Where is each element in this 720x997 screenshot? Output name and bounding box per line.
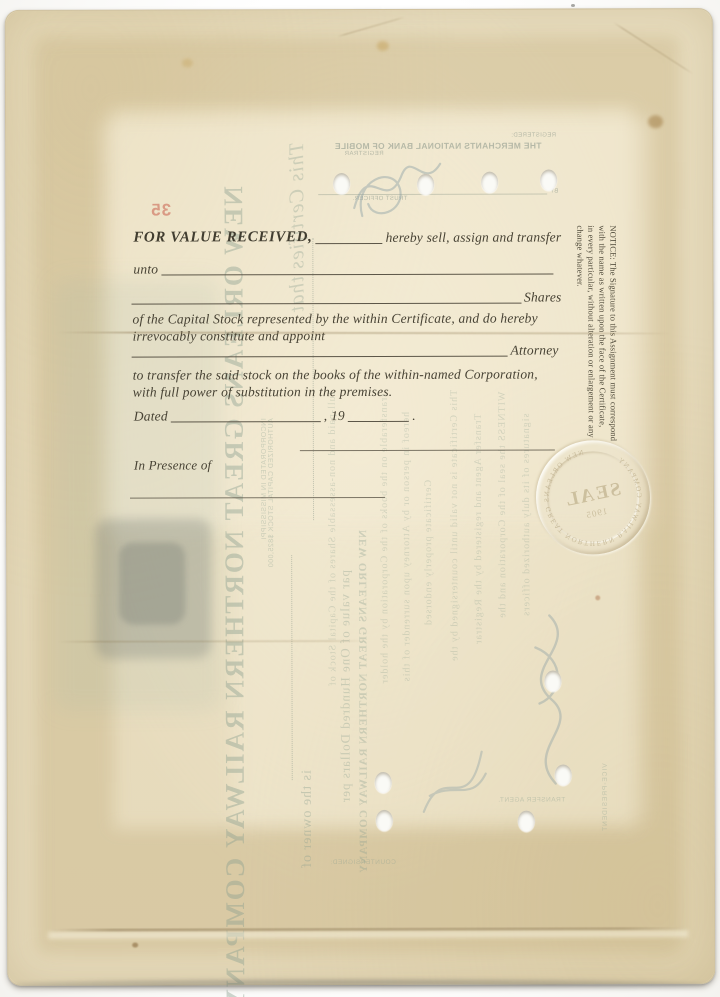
- railway-small-ghost: NEW ORLEANS GREAT NORTHERN RAILWAY COMPA…: [357, 530, 370, 874]
- countersigned-ghost: COUNTERSIGNED:: [330, 859, 396, 866]
- for-value-received-row: FOR VALUE RECEIVED, hereby sell, assign …: [133, 228, 561, 246]
- unto-label: unto: [133, 262, 158, 278]
- certificate-paper-sheet: REGISTERED: THE MERCHANTS NATIONAL BANK …: [5, 8, 716, 986]
- punch-hole: [481, 172, 498, 193]
- punch-hole: [376, 810, 393, 831]
- ghost-signature-right: [505, 607, 595, 797]
- seal-text-svg: NEW ORLEANS GREAT NORTHERN RAILWAY COMPA…: [525, 430, 660, 565]
- seal-year: 1905: [585, 506, 609, 520]
- unto-blank-line: [161, 273, 553, 275]
- capital-stock-line1: of the Capital Stock represented by the …: [133, 311, 538, 328]
- punch-hole: [417, 174, 434, 195]
- capital-stock-line2: irrevocably constitute and appoint: [133, 328, 326, 345]
- seal-center-word: SEAL: [562, 479, 623, 512]
- attorney-label: Attorney: [511, 342, 559, 358]
- transferable-ghost: transferable on the books of the Corpora…: [379, 394, 391, 684]
- transfer-line1: to transfer the said stock on the books …: [133, 367, 538, 384]
- dated-label: Dated: [134, 409, 168, 425]
- shares-row: Shares: [128, 289, 561, 306]
- front-vignette-ghost-core: [119, 542, 185, 624]
- scan-shadow: [14, 980, 706, 990]
- not-valid-ghost: This Certificate is not valid until coun…: [449, 390, 461, 662]
- punch-hole: [540, 169, 557, 190]
- ghost-signature-top: [342, 146, 452, 236]
- punch-hole: [544, 670, 561, 691]
- embossed-corporate-seal: NEW ORLEANS GREAT NORTHERN RAILWAY COMPA…: [536, 440, 650, 554]
- authorized-capital-line: AUTHORIZED CAPITAL STOCK $825,000: [268, 418, 275, 567]
- witness-ghost: WITNESS the seal of the Corporation and …: [497, 392, 509, 619]
- year-blank-line: [348, 421, 409, 422]
- endorsed-ghost: Certificate properly endorsed: [423, 480, 434, 626]
- dated-period: .: [412, 408, 416, 424]
- punch-hole: [333, 173, 350, 194]
- attorney-row: Attorney: [129, 342, 559, 359]
- transfer-agent-reg-ghost: Transfer Agent and registered by the Reg…: [473, 414, 485, 645]
- vice-president-ghost: VICE-PRESIDENT: [602, 763, 609, 832]
- scanned-certificate-back: { "assignment": { "for_value_received": …: [0, 0, 720, 997]
- dated-row: Dated , 19 .: [134, 408, 416, 425]
- hereby-sell-text: hereby sell, assign and transfer: [386, 229, 562, 245]
- unto-row: unto: [133, 260, 556, 277]
- signatures-ghost: signatures of its duly authorized office…: [521, 414, 533, 617]
- assignor-blank-line: [315, 243, 382, 244]
- in-presence-of-label: In Presence of: [134, 457, 211, 473]
- shares-blank-line: [131, 303, 521, 305]
- wrinkle-line: [337, 16, 405, 37]
- ghost-signature-mid: [416, 738, 496, 833]
- this-certifies-ghost: This Certifies that: [284, 142, 309, 313]
- scan-speck: [571, 4, 575, 7]
- registered-ghost-label: REGISTERED:: [318, 132, 556, 139]
- attorney-blank-line: [132, 356, 508, 358]
- punch-hole: [375, 772, 392, 793]
- incorporated-ghost: INCORPORATED IN MISSISSIPPI AUTHORIZED C…: [261, 418, 275, 567]
- punch-hole: [518, 811, 535, 832]
- punch-hole: [555, 764, 572, 785]
- for-value-received-label: FOR VALUE RECEIVED,: [133, 229, 312, 246]
- transfer-line2: with full power of substitution in the p…: [133, 384, 393, 401]
- date-blank-line: [171, 421, 321, 422]
- owner-of-ghost: is the owner of: [300, 770, 316, 869]
- certificate-number-ghost: 35: [150, 200, 171, 220]
- par-value-ghost: par value of One Hundred Dollars per: [337, 570, 354, 803]
- year-prefix: , 19: [324, 408, 345, 424]
- in-person-ghost: hereof in person or by Attorney upon sur…: [401, 412, 413, 682]
- shares-label: Shares: [524, 289, 561, 305]
